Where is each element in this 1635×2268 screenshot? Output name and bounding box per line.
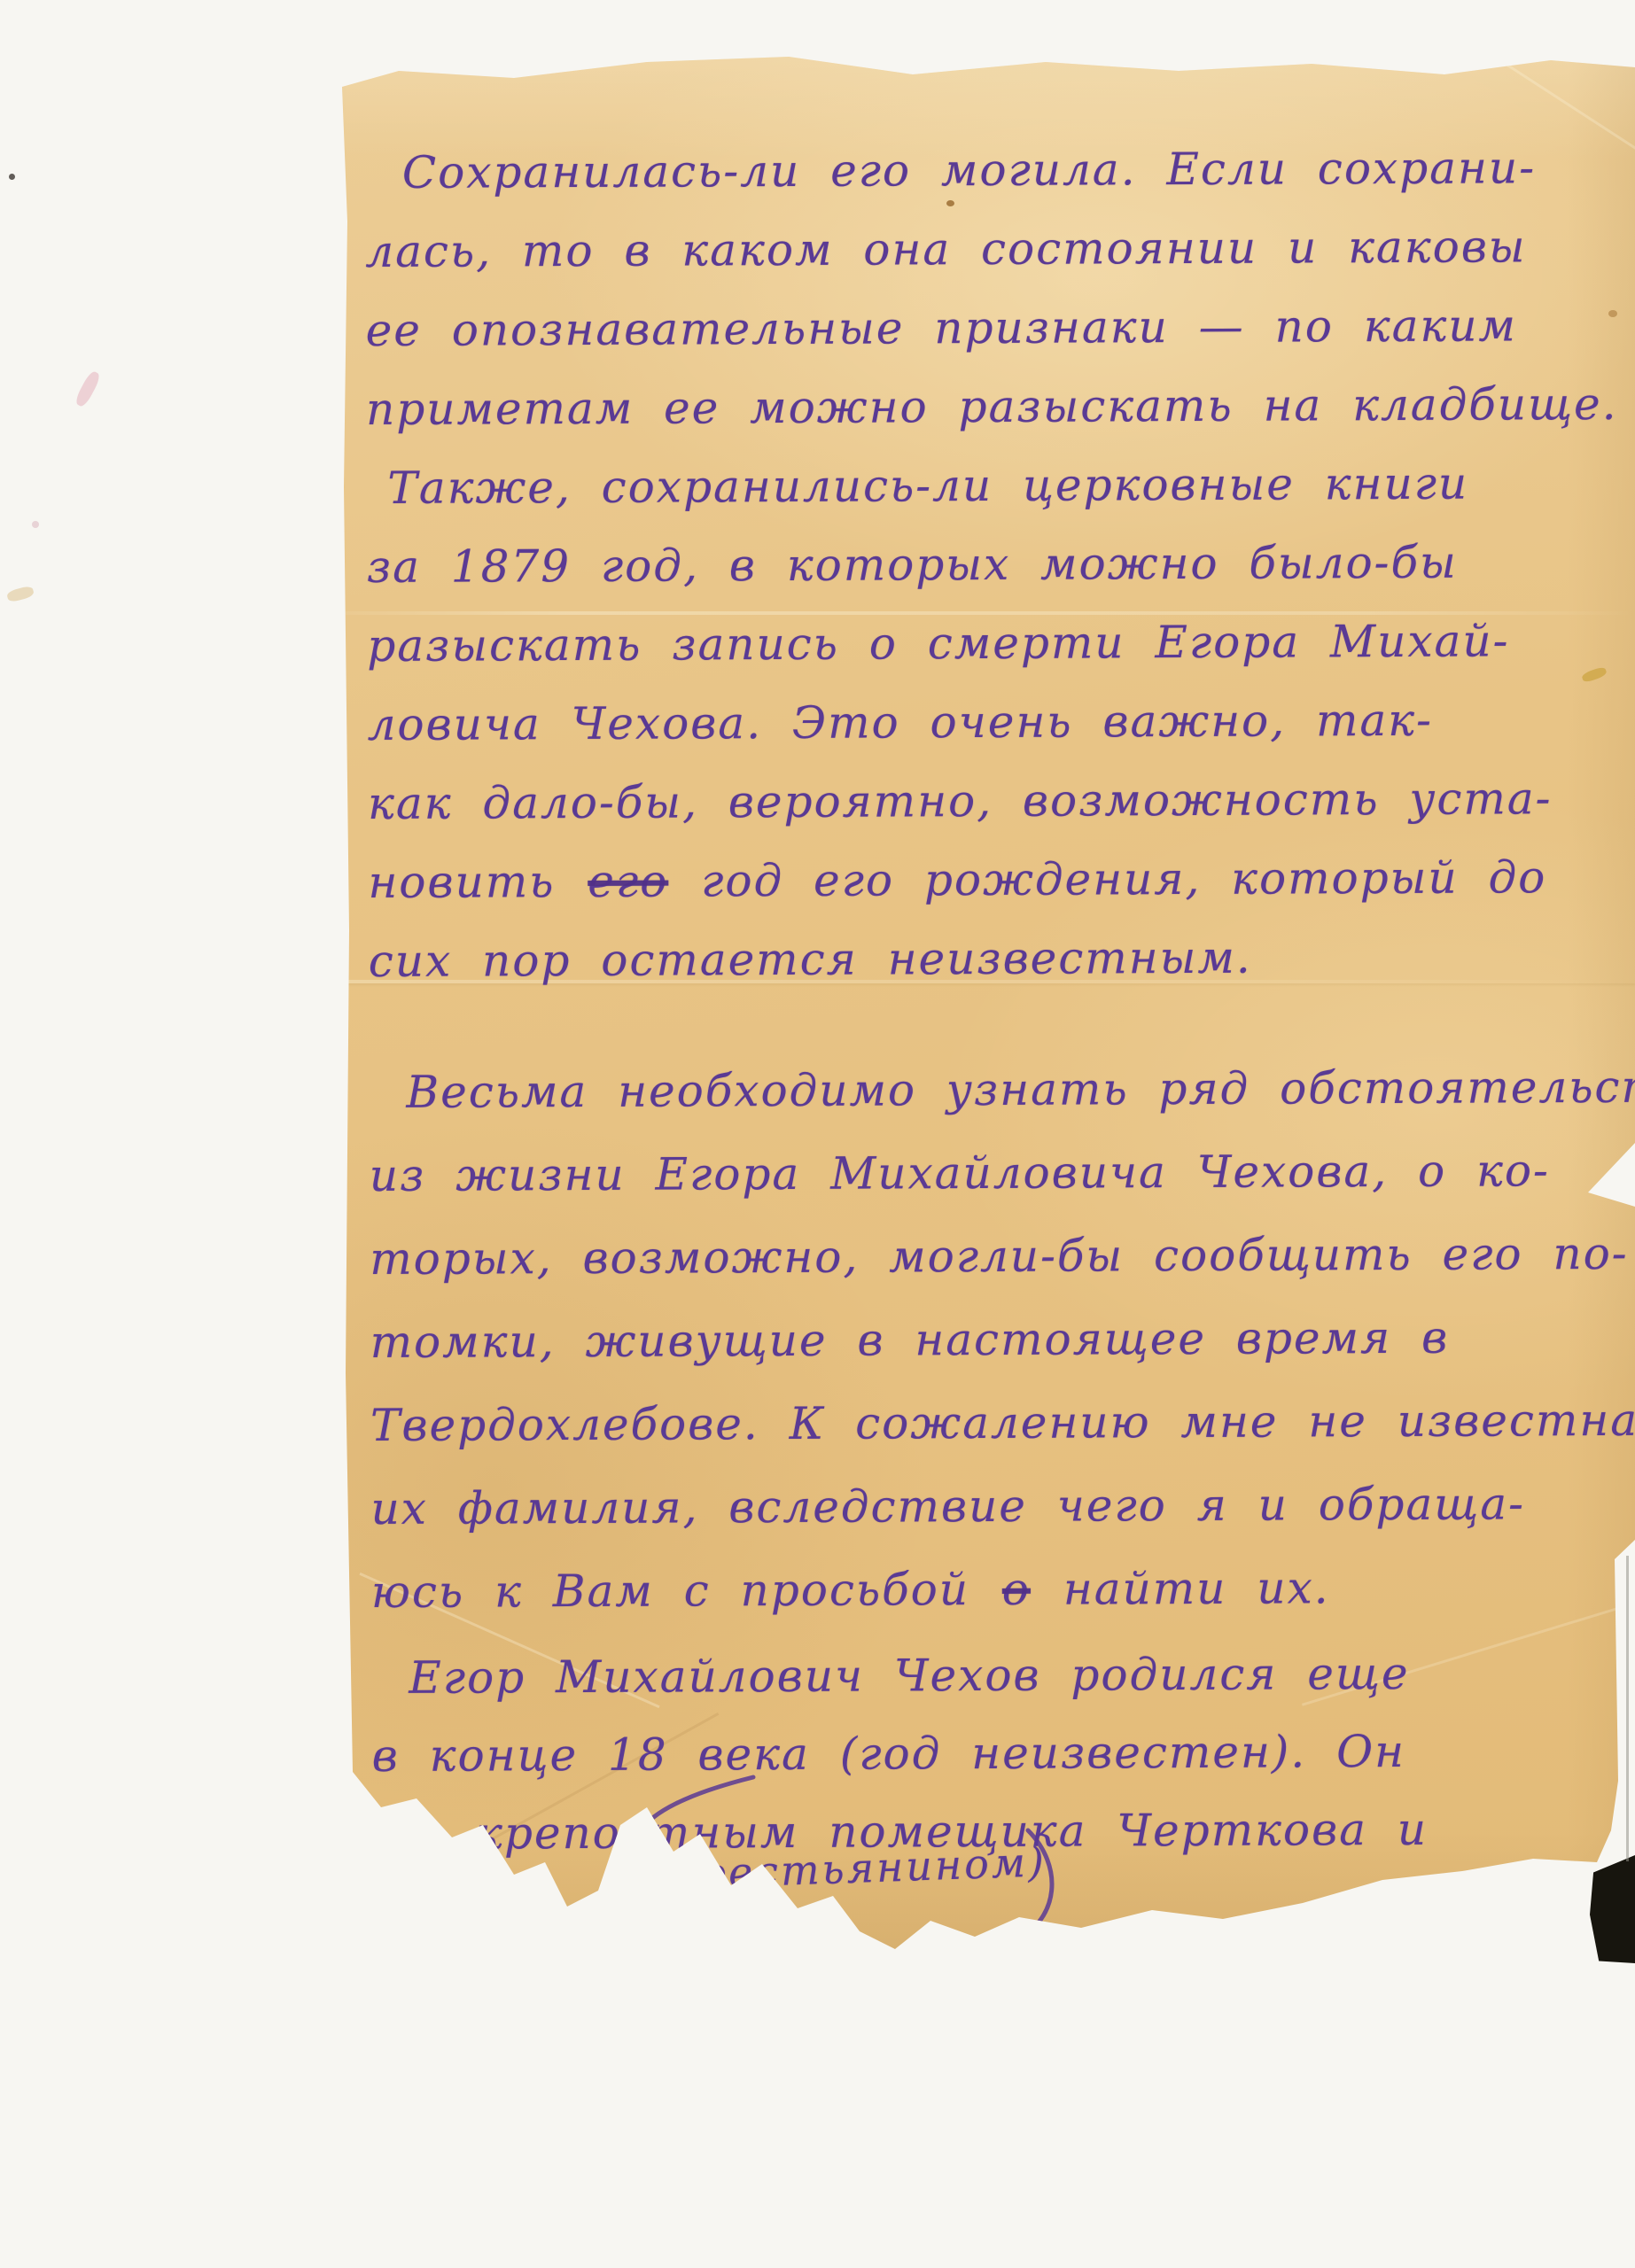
line-text: Егор Михайлович Чехов родился еще	[409, 1648, 1409, 1704]
line-text: новить	[368, 856, 585, 908]
handwritten-line: Сохранилась-ли его могила. Если сохрани-	[365, 128, 1606, 213]
handwritten-line: новить его год его рождения, который до	[368, 838, 1608, 922]
line-text: Весьма необходимо узнать ряд обстоятельс…	[406, 1061, 1635, 1118]
line-text: торых, возможно, могли-бы сообщить его п…	[370, 1228, 1629, 1285]
handwritten-line: ее опознавательные признаки — по каким	[366, 286, 1607, 370]
line-text: их фамилия, вследствие чего я и обраща-	[370, 1478, 1525, 1534]
handwritten-line: из жизни Егора Михайловича Чехова, о ко-	[370, 1129, 1610, 1217]
letter-body: Сохранилась-ли его могила. Если сохрани-…	[365, 128, 1614, 1873]
handwritten-line: томки, живущие в настоящее время в	[370, 1295, 1610, 1384]
line-text: за 1879 год, в которых можно было-бы	[367, 537, 1458, 593]
dark-speck	[9, 174, 15, 180]
scan-edge-line	[1626, 1556, 1629, 1861]
handwritten-line: Весьма необходимо узнать ряд обстоятельс…	[369, 1045, 1609, 1134]
line-text: Сохранилась-ли его могила. Если сохрани-	[402, 142, 1536, 198]
handwritten-line: сих пор остается неизвестным.	[369, 917, 1609, 1001]
beige-smudge	[6, 585, 35, 602]
pink-speck	[32, 521, 39, 528]
handwritten-line: их фамилия, вследствие чего я и обраща-	[370, 1462, 1611, 1550]
line-text: ее опознавательные признаки — по каким	[366, 299, 1518, 356]
line-text: томки, живущие в настоящее время в	[370, 1312, 1450, 1368]
handwritten-line: торых, возможно, могли-бы сообщить его п…	[370, 1212, 1610, 1301]
line-text: в конце 18 века (год неизвестен). Он	[372, 1726, 1406, 1782]
handwritten-line: приметам ее можно разыскать на кладбище.	[366, 365, 1607, 449]
handwritten-line: ловича Чехова. Это очень важно, так-	[367, 680, 1608, 765]
strikethrough-text: его	[585, 856, 671, 907]
handwritten-line: юсь к Вам с просьбой о найти их.	[371, 1545, 1612, 1634]
line-text: ловича Чехова. Это очень важно, так-	[368, 695, 1434, 750]
strikethrough-text: о	[1000, 1564, 1033, 1615]
line-text: как дало-бы, вероятно, возможность уста-	[368, 773, 1553, 829]
handwritten-line: за 1879 год, в которых можно было-бы	[367, 523, 1608, 607]
letter-paper: Сохранилась-ли его могила. Если сохрани-…	[292, 44, 1635, 1967]
handwritten-line: Твердохлебове. К сожалению мне не извест…	[370, 1379, 1611, 1467]
scanner-background: Сохранилась-ли его могила. Если сохрани-…	[0, 0, 1635, 2268]
line-text: лась, то в каком она состоянии и каковы	[365, 221, 1527, 277]
line-text: найти их.	[1033, 1562, 1330, 1614]
line-text: сих пор остается неизвестным.	[369, 932, 1252, 987]
line-text: Твердохлебове. К сожалению мне не извест…	[370, 1394, 1635, 1451]
line-text: юсь к Вам с просьбой	[371, 1564, 1000, 1618]
line-text: разыскать запись о смерти Егора Михай-	[367, 615, 1510, 672]
paragraph: Весьма необходимо узнать ряд обстоятельс…	[369, 1045, 1612, 1634]
handwritten-line: как дало-бы, вероятно, возможность уста-	[368, 759, 1608, 843]
paragraph: Сохранилась-ли его могила. Если сохрани-…	[365, 128, 1609, 1001]
dark-backing-corner	[1590, 1855, 1635, 1963]
handwritten-line: лась, то в каком она состоянии и каковы	[365, 207, 1606, 291]
paragraph: Егор Михайлович Чехов родился еще в конц…	[371, 1634, 1613, 1873]
handwritten-line: Егор Михайлович Чехов родился еще	[371, 1634, 1612, 1717]
handwritten-line: Также, сохранились-ли церковные книги	[366, 444, 1607, 528]
pink-smudge	[74, 369, 102, 408]
handwritten-line: разыскать запись о смерти Егора Михай-	[367, 602, 1608, 686]
handwritten-line: в конце 18 века (год неизвестен). Он	[372, 1712, 1613, 1795]
line-text: из жизни Егора Михайловича Чехова, о ко-	[370, 1145, 1550, 1201]
paper-stain	[1608, 310, 1617, 317]
line-text: год его рождения, который до	[671, 851, 1546, 906]
line-text: приметам ее можно разыскать на кладбище.	[366, 378, 1618, 435]
line-text: Также, сохранились-ли церковные книги	[387, 458, 1468, 514]
